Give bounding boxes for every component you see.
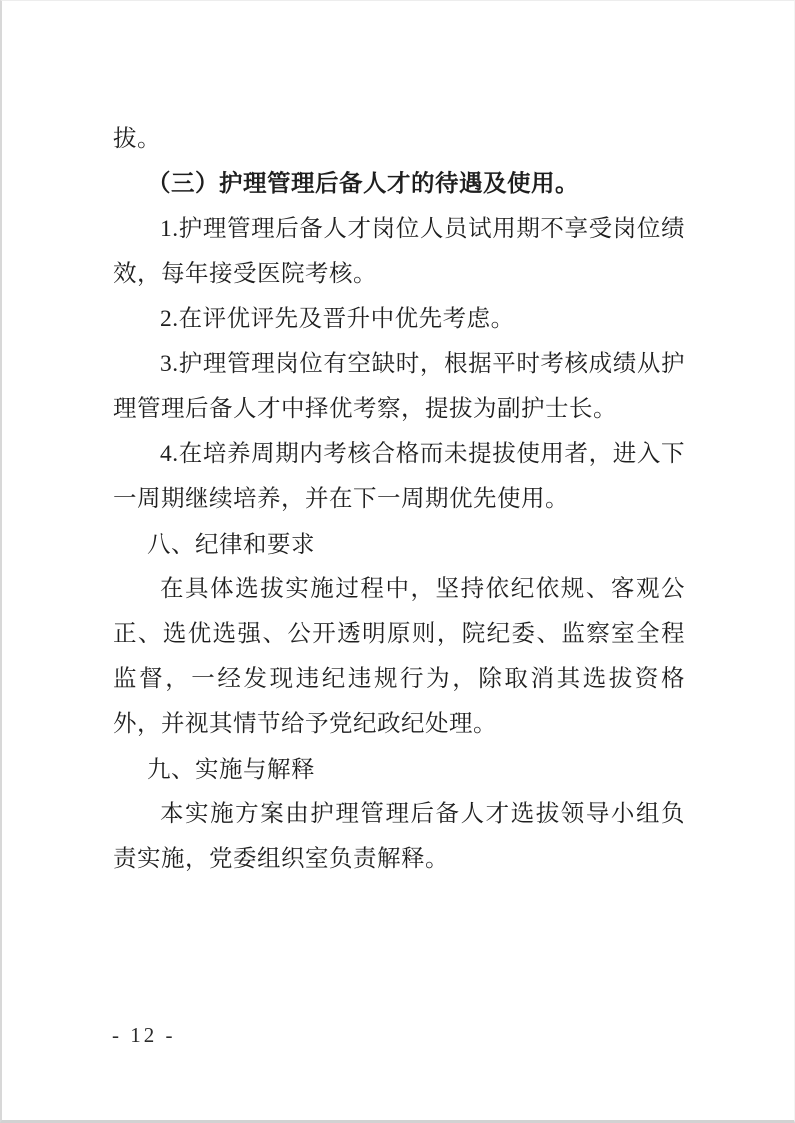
list-item-4: 4.在培养周期内考核合格而未提拔使用者，进入下一周期继续培养，并在下一周期优先使… [113, 432, 685, 522]
section-heading-implementation-and-interpretation: 九、实施与解释 [113, 747, 685, 792]
paragraph-discipline: 在具体选拔实施过程中，坚持依纪依规、客观公正、选优选强、公开透明原则，院纪委、监… [113, 567, 685, 747]
list-item-3: 3.护理管理岗位有空缺时，根据平时考核成绩从护理管理后备人才中择优考察，提拔为副… [113, 342, 685, 432]
list-item-2: 2.在评优评先及晋升中优先考虑。 [113, 297, 685, 342]
paragraph-continuation: 拔。 [113, 117, 685, 162]
section-heading-discipline-and-requirements: 八、纪律和要求 [113, 522, 685, 567]
section-heading-treatment-and-use: （三）护理管理后备人才的待遇及使用。 [113, 162, 685, 207]
document-page: 拔。 （三）护理管理后备人才的待遇及使用。 1.护理管理后备人才岗位人员试用期不… [0, 0, 795, 1123]
paragraph-implementation: 本实施方案由护理管理后备人才选拔领导小组负责实施，党委组织室负责解释。 [113, 792, 685, 882]
list-item-1: 1.护理管理后备人才岗位人员试用期不享受岗位绩效，每年接受医院考核。 [113, 207, 685, 297]
page-number: - 12 - [112, 1023, 176, 1048]
document-content: 拔。 （三）护理管理后备人才的待遇及使用。 1.护理管理后备人才岗位人员试用期不… [113, 117, 685, 882]
